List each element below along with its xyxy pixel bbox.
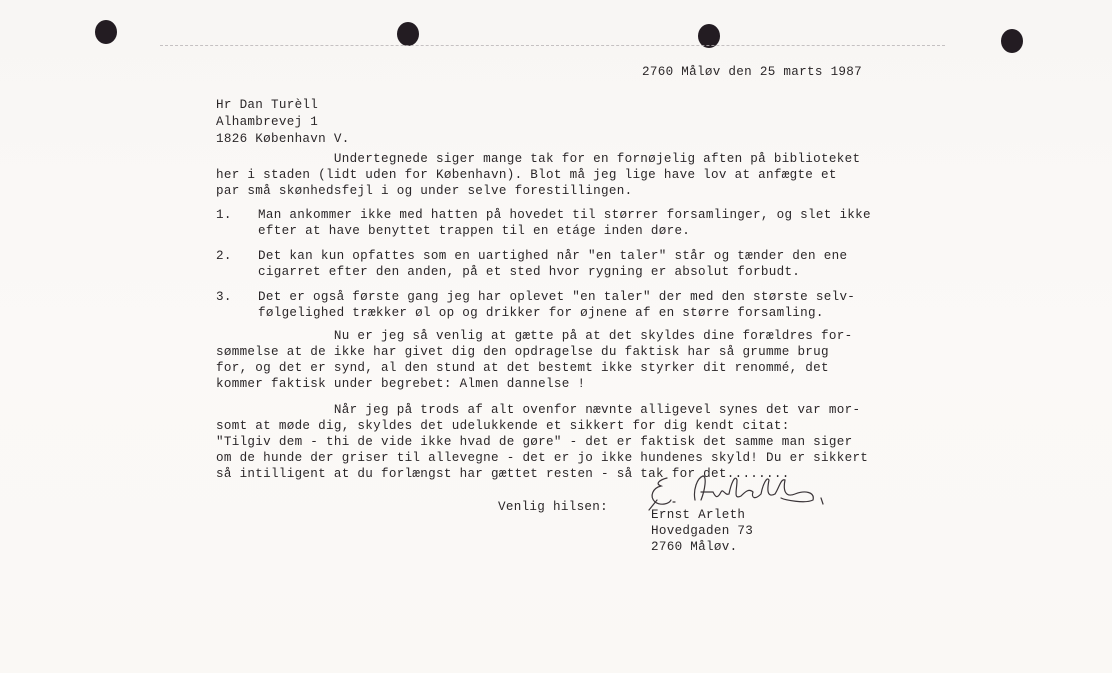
point-line: efter at have benyttet trappen til en et… — [258, 224, 690, 238]
paragraph-line: Når jeg på trods af alt ovenfor nævnte a… — [216, 403, 860, 417]
point-number: 1. — [216, 208, 232, 222]
recipient-street: Alhambrevej 1 — [216, 115, 318, 129]
point-line: Det er også første gang jeg har oplevet … — [258, 290, 855, 304]
paragraph-line: om de hunde der griser til allevegne - d… — [216, 451, 868, 465]
punch-hole-icon — [95, 20, 117, 44]
punch-hole-icon — [1001, 29, 1023, 53]
date-line: 2760 Måløv den 25 marts 1987 — [642, 65, 862, 79]
paragraph-line: Nu er jeg så venlig at gætte på at det s… — [216, 329, 852, 343]
recipient-name: Hr Dan Turèll — [216, 98, 318, 112]
point-line: følgelighed trækker øl op og drikker for… — [258, 306, 824, 320]
paragraph-line: sømmelse at de ikke har givet dig den op… — [216, 345, 829, 359]
sender-city: 2760 Måløv. — [651, 540, 737, 554]
point-line: Man ankommer ikke med hatten på hovedet … — [258, 208, 871, 222]
point-number: 3. — [216, 290, 232, 304]
point-line: Det kan kun opfattes som en uartighed nå… — [258, 249, 847, 263]
intro-line: par små skønhedsfejl i og under selve fo… — [216, 184, 632, 198]
paragraph-line: kommer faktisk under begrebet: Almen dan… — [216, 377, 585, 391]
paragraph-line: for, og det er synd, al den stund at det… — [216, 361, 829, 375]
intro-line: her i staden (lidt uden for København). … — [216, 168, 837, 182]
paragraph-line: "Tilgiv dem - thi de vide ikke hvad de g… — [216, 435, 852, 449]
recipient-city: 1826 København V. — [216, 132, 350, 146]
header-rule — [160, 45, 945, 46]
punch-hole-icon — [397, 22, 419, 46]
sender-street: Hovedgaden 73 — [651, 524, 753, 538]
sender-name: Ernst Arleth — [651, 508, 745, 522]
point-line: cigarret efter den anden, på et sted hvo… — [258, 265, 800, 279]
paragraph-line: somt at møde dig, skyldes det udelukkend… — [216, 419, 790, 433]
point-number: 2. — [216, 249, 232, 263]
closing: Venlig hilsen: — [498, 500, 608, 514]
letter-page: 2760 Måløv den 25 marts 1987 Hr Dan Turè… — [0, 0, 1112, 673]
intro-line: Undertegnede siger mange tak for en forn… — [216, 152, 860, 166]
